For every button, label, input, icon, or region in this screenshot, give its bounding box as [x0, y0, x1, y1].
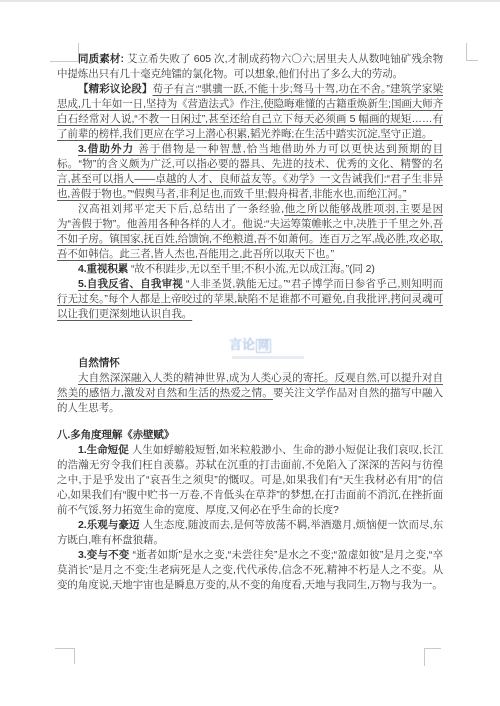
change-label: 3.变与不变 — [78, 549, 129, 561]
paragraph-same-quality-material: 同质素材: 艾立希失败了 605 次,才制成药物六〇六;居里夫人从数吨铀矿残余物… — [57, 52, 443, 82]
accumulation-text: “故不积跬步,无以至千里;不积小流,无以成江海。”(同 2) — [128, 263, 375, 275]
liu-bang-intro: 汉高祖刘邦平定天下后,总结出了一条经验, — [78, 203, 284, 215]
text-boundary-mark-bottom-right — [424, 648, 441, 666]
document-body: 同质素材: 艾立希失败了 605 次,才制成药物六〇六;居里夫人从数吨铀矿残余物… — [57, 46, 443, 593]
argument-sample-label: 【精彩议论段】 — [78, 83, 153, 95]
borrow-force-label: 3.借助外力 — [78, 143, 134, 155]
heading-red-cliff-section: 八.多角度理解《赤壁赋》 — [57, 428, 443, 443]
text-boundary-mark-top-right — [466, 43, 478, 61]
paragraph-self-reflection: 5.自我反省、自我审视 “人非圣贤,孰能无过。”“君子博学而日参省乎己,则知明而… — [57, 277, 443, 322]
paragraph-nature-sentiment: 大自然深深融入人类的精神世界,成为人类心灵的寄托。反观自然,可以提升对自然美的感… — [57, 371, 443, 416]
accumulation-label: 4.重视积累 — [78, 263, 128, 275]
paragraph-value-accumulation: 4.重视积累 “故不积跬步,无以至千里;不积小流,无以成江海。”(同 2) — [57, 262, 443, 277]
life-brevity-label: 1.生命短促 — [78, 444, 129, 456]
material-label: 同质素材: — [78, 53, 124, 65]
window-top-edge — [0, 0, 500, 2]
paragraph-change-unchange: 3.变与不变 “逝者如斯”是水之变,“未尝往矣”是水之不变;“盈虚如彼”是月之变… — [57, 548, 443, 593]
heading-nature-sentiment: 自然情怀 — [57, 356, 443, 371]
text-boundary-mark-bottom-left — [55, 648, 75, 664]
paragraph-liu-bang: 汉高祖刘邦平定天下后,总结出了一条经验,他之所以能够战胜项羽,主要是因为“善假于… — [57, 202, 443, 262]
paragraph-optimism: 2.乐观与豪迈 人生态度,随波而去,是何等放荡不羁,举酒邀月,烦恼便一饮而尽,东… — [57, 518, 443, 548]
self-reflection-label: 5.自我反省、自我审视 — [78, 278, 183, 290]
paragraph-borrow-external-force: 3.借助外力 善于借物是一种智慧,恰当地借助外力可以更快达到预期的目标。“物”的… — [57, 142, 443, 202]
optimism-label: 2.乐观与豪迈 — [78, 519, 140, 531]
paragraph-life-brevity: 1.生命短促 人生如蜉蝣般短暂,如米粒般渺小、生命的渺小短促让我们哀叹,长江的浩… — [57, 443, 443, 518]
paragraph-argument-sample: 【精彩议论段】荀子有言:“骐骥一跃,不能十步;驽马十驾,功在不舍。”建筑学家梁思… — [57, 82, 443, 142]
